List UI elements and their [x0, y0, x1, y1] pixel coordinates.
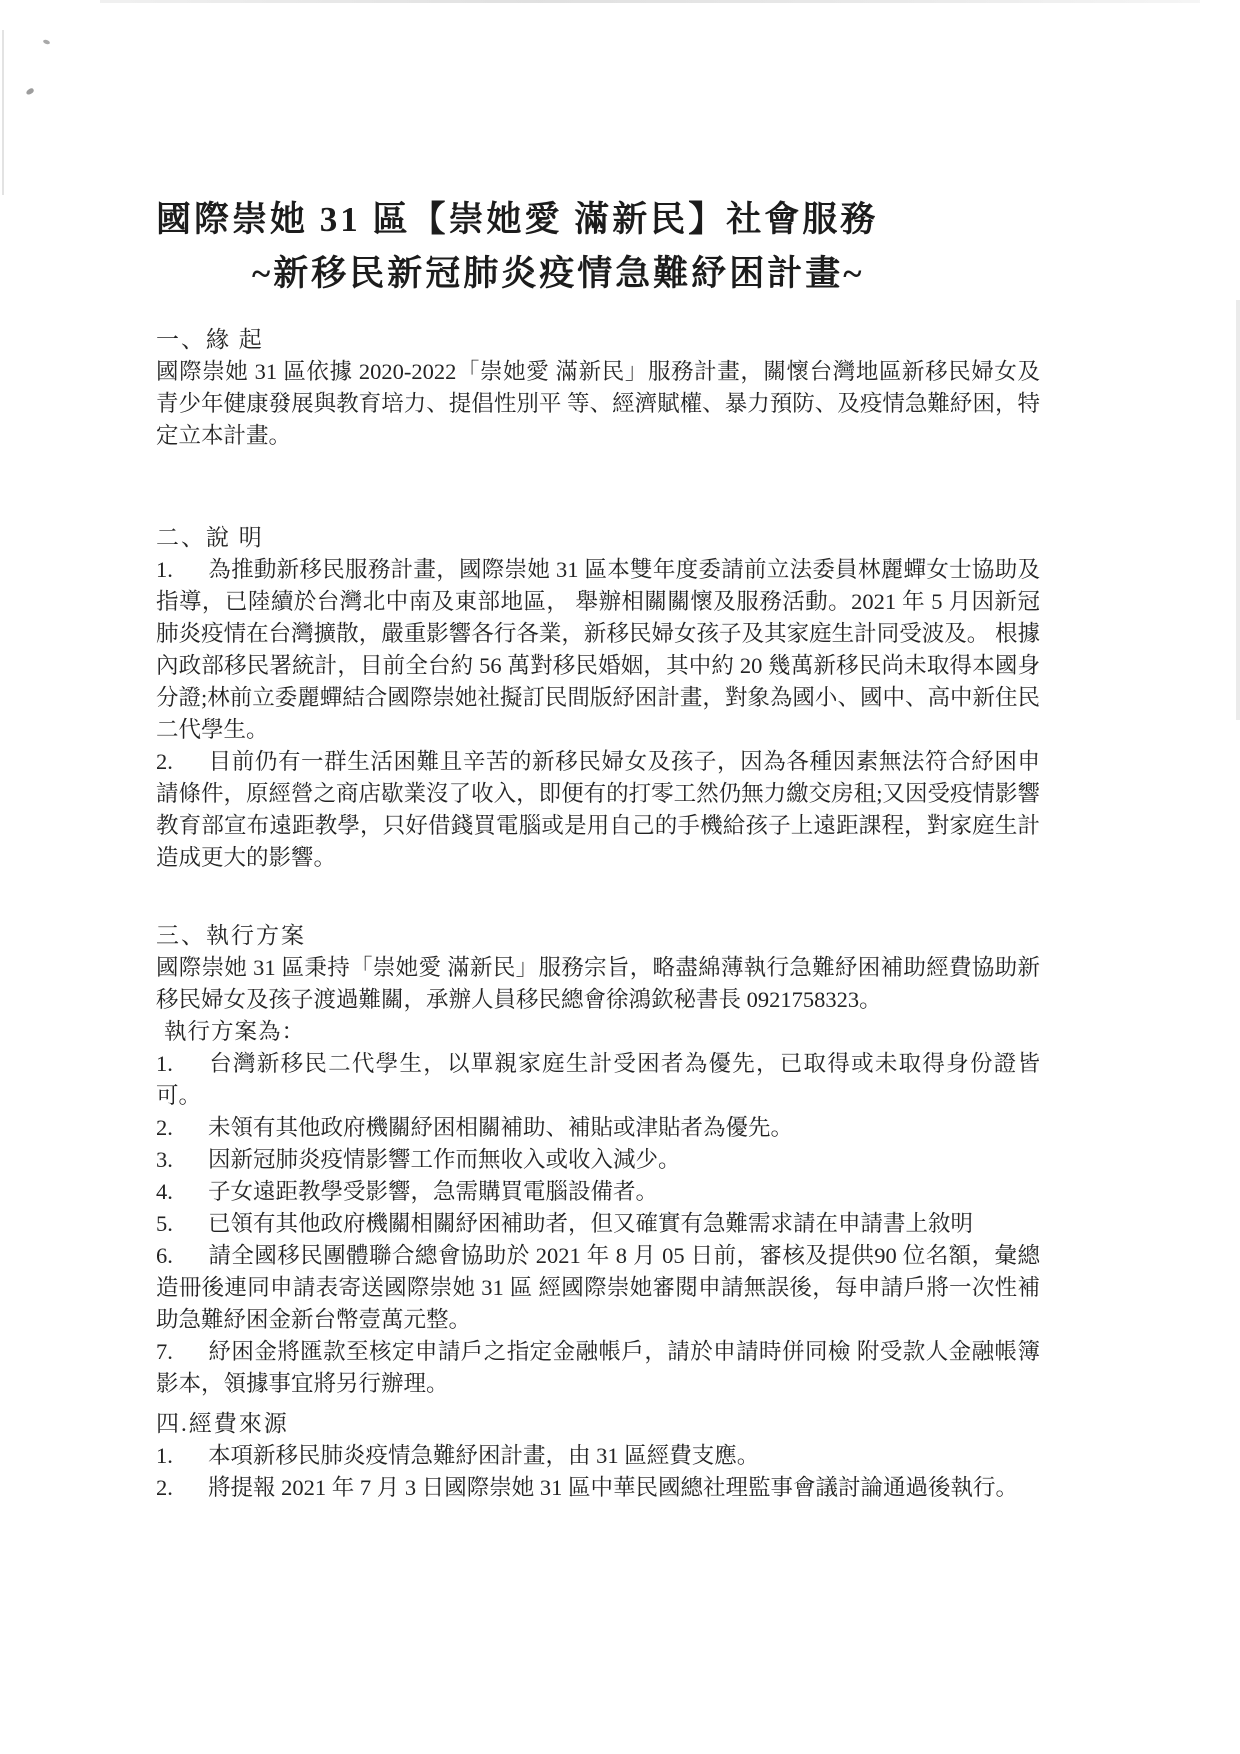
section-execution-plan: 三、執行方案 國際崇她 31 區秉持「崇她愛 滿新民」服務宗旨，略盡綿薄執行急難…: [156, 920, 1040, 1400]
list-item-number: 3.: [156, 1144, 208, 1176]
list-item-text: 將提報 2021 年 7 月 3 日國際崇她 31 區中華民國總社理監事會議討論…: [208, 1475, 1018, 1500]
list-item-number: 1.: [156, 1048, 208, 1080]
section-description: 二、說 明 1.為推動新移民服務計畫，國際崇她 31 區本雙年度委請前立法委員林…: [156, 522, 1040, 874]
section-execution-plan-lead-in: 執行方案為：: [156, 1016, 1040, 1048]
list-item-text: 請全國移民團體聯合總會協助於 2021 年 8 月 05 日前，審核及提供90 …: [156, 1243, 1040, 1332]
list-item-number: 2.: [156, 746, 208, 778]
list-item-text: 已領有其他政府機關相關紓困補助者，但又確實有急難需求請在申請書上敘明: [208, 1211, 973, 1236]
list-item-number: 5.: [156, 1208, 208, 1240]
scan-artifact-top-edge: [100, 0, 1200, 3]
section-execution-plan-heading: 三、執行方案: [156, 920, 1040, 952]
list-item: 1.本項新移民肺炎疫情急難紓困計畫，由 31 區經費支應。: [156, 1440, 1040, 1472]
scan-speck: [43, 39, 51, 45]
list-item: 1.為推動新移民服務計畫，國際崇她 31 區本雙年度委請前立法委員林麗蟬女士協助…: [156, 554, 1040, 746]
list-item: 4.子女遠距教學受影響，急需購買電腦設備者。: [156, 1176, 1040, 1208]
document-title: 國際崇她 31 區【崇她愛 滿新民】社會服務 ~新移民新冠肺炎疫情急難紓困計畫~: [156, 196, 1040, 298]
list-item-number: 4.: [156, 1176, 208, 1208]
section-origin: 一、緣 起 國際崇她 31 區依據 2020-2022「崇她愛 滿新民」服務計畫…: [156, 324, 1040, 452]
list-item-text: 紓困金將匯款至核定申請戶之指定金融帳戶，請於申請時併同檢 附受款人金融帳簿影本，…: [156, 1339, 1040, 1396]
scan-artifact-right-edge: [1236, 300, 1240, 720]
list-item: 3.因新冠肺炎疫情影響工作而無收入或收入減少。: [156, 1144, 1040, 1176]
list-item: 1.台灣新移民二代學生，以單親家庭生計受困者為優先，已取得或未取得身份證皆可。: [156, 1048, 1040, 1112]
list-item-number: 6.: [156, 1240, 208, 1272]
section-origin-heading: 一、緣 起: [156, 324, 1040, 356]
scanned-document-page: 國際崇她 31 區【崇她愛 滿新民】社會服務 ~新移民新冠肺炎疫情急難紓困計畫~…: [0, 0, 1240, 1754]
scan-artifact-left-edge: [2, 30, 4, 195]
list-item-number: 7.: [156, 1336, 208, 1368]
list-item: 5.已領有其他政府機關相關紓困補助者，但又確實有急難需求請在申請書上敘明: [156, 1208, 1040, 1240]
section-description-heading: 二、說 明: [156, 522, 1040, 554]
list-item: 6.請全國移民團體聯合總會協助於 2021 年 8 月 05 日前，審核及提供9…: [156, 1240, 1040, 1336]
list-item-text: 目前仍有一群生活困難且辛苦的新移民婦女及孩子，因為各種因素無法符合紓困申請條件，…: [156, 749, 1040, 870]
title-line-2: ~新移民新冠肺炎疫情急難紓困計畫~: [252, 250, 1040, 298]
section-execution-plan-intro: 國際崇她 31 區秉持「崇她愛 滿新民」服務宗旨，略盡綿薄執行急難紓困補助經費協…: [156, 952, 1040, 1016]
list-item: 2.未領有其他政府機關紓困相關補助、補貼或津貼者為優先。: [156, 1112, 1040, 1144]
section-funding-source-heading: 四.經費來源: [156, 1408, 1040, 1440]
list-item: 2.目前仍有一群生活困難且辛苦的新移民婦女及孩子，因為各種因素無法符合紓困申請條…: [156, 746, 1040, 874]
list-item-text: 子女遠距教學受影響，急需購買電腦設備者。: [208, 1179, 658, 1204]
section-origin-paragraph: 國際崇她 31 區依據 2020-2022「崇她愛 滿新民」服務計畫，關懷台灣地…: [156, 356, 1040, 452]
list-item-text: 因新冠肺炎疫情影響工作而無收入或收入減少。: [208, 1147, 681, 1172]
scan-speck: [25, 87, 34, 95]
list-item-text: 台灣新移民二代學生，以單親家庭生計受困者為優先，已取得或未取得身份證皆可。: [156, 1051, 1040, 1108]
list-item-number: 1.: [156, 1440, 208, 1472]
list-item-text: 未領有其他政府機關紓困相關補助、補貼或津貼者為優先。: [208, 1115, 793, 1140]
list-item: 7.紓困金將匯款至核定申請戶之指定金融帳戶，請於申請時併同檢 附受款人金融帳簿影…: [156, 1336, 1040, 1400]
document-content: 國際崇她 31 區【崇她愛 滿新民】社會服務 ~新移民新冠肺炎疫情急難紓困計畫~…: [156, 196, 1040, 1504]
list-item-number: 2.: [156, 1472, 208, 1504]
list-item-number: 1.: [156, 554, 208, 586]
list-item-text: 本項新移民肺炎疫情急難紓困計畫，由 31 區經費支應。: [208, 1443, 759, 1468]
list-item-text: 為推動新移民服務計畫，國際崇她 31 區本雙年度委請前立法委員林麗蟬女士協助及指…: [156, 557, 1040, 742]
list-item: 2.將提報 2021 年 7 月 3 日國際崇她 31 區中華民國總社理監事會議…: [156, 1472, 1040, 1504]
section-funding-source: 四.經費來源 1.本項新移民肺炎疫情急難紓困計畫，由 31 區經費支應。 2.將…: [156, 1408, 1040, 1504]
title-line-1: 國際崇她 31 區【崇她愛 滿新民】社會服務: [156, 196, 1040, 244]
list-item-number: 2.: [156, 1112, 208, 1144]
